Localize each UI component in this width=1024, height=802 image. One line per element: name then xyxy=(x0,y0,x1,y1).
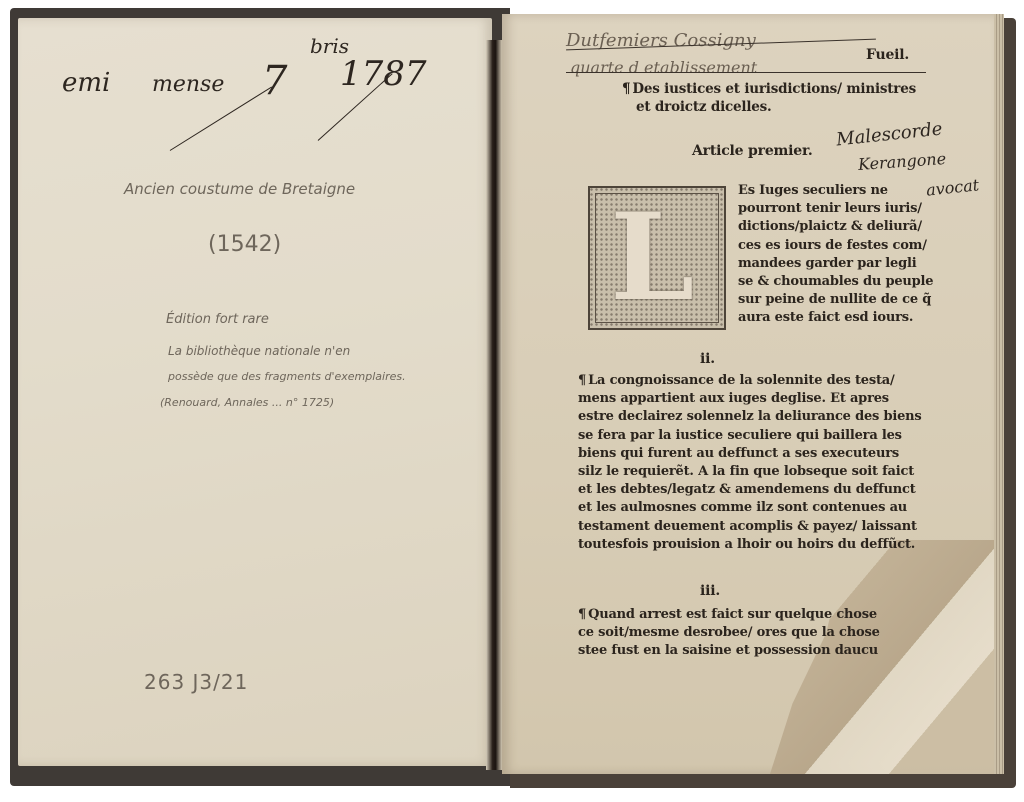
inscription-month-number: 7 xyxy=(262,58,287,104)
pilcrow-icon: ¶ xyxy=(578,373,586,388)
text-line: se fera par la iustice seculiere qui bai… xyxy=(578,427,922,445)
text-line: estre declairez solennelz la deliurance … xyxy=(578,408,922,426)
text-line: sur peine de nullite de ce q̃ xyxy=(738,291,933,309)
chapter-heading: ¶Des iustices et iurisdictions/ ministre… xyxy=(622,80,916,116)
article-1-text: Es Iuges seculiers ne pourront tenir leu… xyxy=(738,182,933,328)
text-line: testament deuement acomplis & payez/ lai… xyxy=(578,518,922,536)
text-line: se & choumables du peuple xyxy=(738,273,933,291)
text-line: ce soit/mesme desrobee/ ores que la chos… xyxy=(578,624,880,642)
article-numeral: iii. xyxy=(700,582,720,600)
article-numeral: ii. xyxy=(700,350,715,368)
article-title: Article premier. xyxy=(692,142,813,160)
inscription-year: 1787 xyxy=(340,54,427,94)
text-line: et les aulmosnes comme ilz sont contenue… xyxy=(578,499,922,517)
pencil-note-line: Édition fort rare xyxy=(166,312,269,327)
strike-through xyxy=(566,72,926,73)
text-line: La congnoissance de la solennite des tes… xyxy=(588,373,895,388)
inscription-word: emi xyxy=(62,68,110,98)
text-line: Es Iuges seculiers ne xyxy=(738,182,933,200)
page-edges xyxy=(994,14,1004,774)
pilcrow-icon: ¶ xyxy=(622,81,630,97)
text-line: dictions/plaictz & deliurã/ xyxy=(738,218,933,236)
pencil-note-line: (Renouard, Annales ... n° 1725) xyxy=(160,396,334,409)
text-line: Quand arrest est faict sur quelque chose xyxy=(588,607,877,622)
decorated-initial: L xyxy=(588,186,726,330)
text-line: ces es iours de festes com/ xyxy=(738,237,933,255)
shelfmark: 263 J3/21 xyxy=(144,670,248,694)
text-line: et les debtes/legatz & amendemens du def… xyxy=(578,481,922,499)
folio-label: Fueil. xyxy=(866,46,909,64)
initial-letter: L xyxy=(610,198,694,318)
pilcrow-icon: ¶ xyxy=(578,607,586,622)
article-3-text: ¶Quand arrest est faict sur quelque chos… xyxy=(578,606,880,661)
heading-line: Des iustices et iurisdictions/ ministres xyxy=(632,81,916,97)
text-line: toutesfois prouision a lhoir ou hoirs du… xyxy=(578,536,922,554)
left-flyleaf-page xyxy=(18,18,492,766)
pencil-note-year: (1542) xyxy=(208,232,281,257)
pencil-note-line: possède que des fragments d'exemplaires. xyxy=(168,370,406,383)
text-line: aura este faict esd iours. xyxy=(738,309,933,327)
article-2-text: ¶La congnoissance de la solennite des te… xyxy=(578,372,922,554)
book-gutter xyxy=(486,40,502,770)
decorated-initial-frame: L xyxy=(595,193,719,323)
inscription-word: mense xyxy=(152,72,224,97)
struck-note: quarte d etablissement xyxy=(570,58,757,77)
pencil-note-line: La bibliothèque nationale n'en xyxy=(168,344,350,358)
text-line: mens appartient aux iuges deglise. Et ap… xyxy=(578,390,922,408)
text-line: stee fust en la saisine et possession da… xyxy=(578,642,880,660)
text-line: silz le requierẽt. A la fin que lobseque… xyxy=(578,463,922,481)
text-line: biens qui furent au deffunct a ses execu… xyxy=(578,445,922,463)
heading-line: et droictz dicelles. xyxy=(622,98,916,116)
text-line: pourront tenir leurs iuris/ xyxy=(738,200,933,218)
text-line: mandees garder par legli xyxy=(738,255,933,273)
pencil-note-title: Ancien coustume de Bretaigne xyxy=(124,180,355,198)
